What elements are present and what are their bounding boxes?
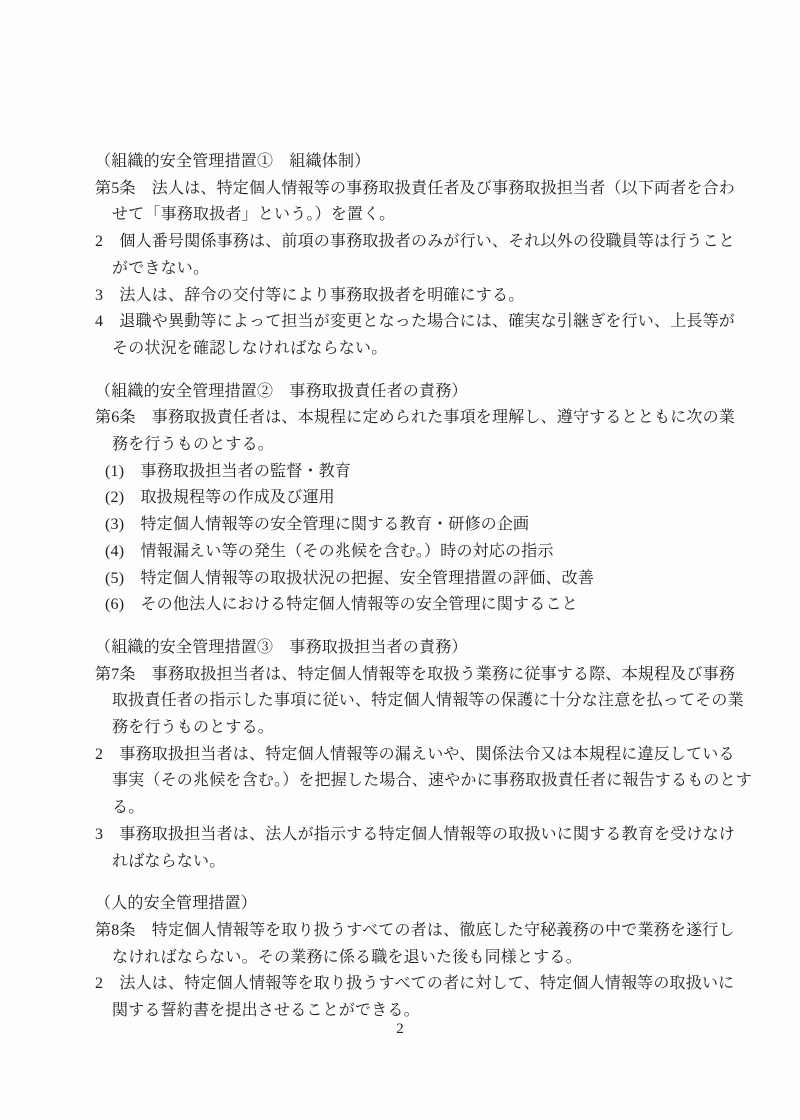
document-line: 第8条 特定個人情報等を取り扱うすべての者は、徹底した守秘義務の中で業務を遂行し xyxy=(95,918,723,945)
document-line: 3 法人は、辞令の交付等により事務取扱者を明確にする。 xyxy=(95,283,723,310)
document-line: ればならない。 xyxy=(95,849,723,876)
document-line: (4) 情報漏えい等の発生（その兆候を含む。）時の対応の指示 xyxy=(95,539,723,566)
document-line: せて「事務取扱者」という。）を置く。 xyxy=(95,202,723,229)
section-heading: （人的安全管理措置） xyxy=(95,891,723,918)
document-line: (2) 取扱規程等の作成及び運用 xyxy=(95,485,723,512)
section: （組織的安全管理措置② 事務取扱責任者の責務）第6条 事務取扱責任者は、本規程に… xyxy=(95,379,723,619)
document-line: 2 個人番号関係事務は、前項の事務取扱者のみが行い、それ以外の役職員等は行うこと xyxy=(95,229,723,256)
document-line: 第7条 事務取扱担当者は、特定個人情報等を取扱う業務に従事する際、本規程及び事務 xyxy=(95,662,723,689)
section: （組織的安全管理措置① 組織体制）第5条 法人は、特定個人情報等の事務取扱責任者… xyxy=(95,149,723,363)
document-line: 3 事務取扱担当者は、法人が指示する特定個人情報等の取扱いに関する教育を受けなけ xyxy=(95,822,723,849)
section: （人的安全管理措置）第8条 特定個人情報等を取り扱うすべての者は、徹底した守秘義… xyxy=(95,891,723,1025)
document-line: ができない。 xyxy=(95,256,723,283)
document-line: 2 法人は、特定個人情報等を取り扱うすべての者に対して、特定個人情報等の取扱いに xyxy=(95,971,723,998)
document-line: る。 xyxy=(95,795,723,822)
document-line: 第5条 法人は、特定個人情報等の事務取扱責任者及び事務取扱担当者（以下両者を合わ xyxy=(95,176,723,203)
document-line: なければならない。その業務に係る職を退いた後も同様とする。 xyxy=(95,945,723,972)
page-number: 2 xyxy=(0,1021,800,1038)
document-line: その状況を確認しなければならない。 xyxy=(95,336,723,363)
document-line: 取扱責任者の指示した事項に従い、特定個人情報等の保護に十分な注意を払ってその業 xyxy=(95,688,723,715)
document-page: （組織的安全管理措置① 組織体制）第5条 法人は、特定個人情報等の事務取扱責任者… xyxy=(0,0,800,1120)
section-heading: （組織的安全管理措置① 組織体制） xyxy=(95,149,723,176)
document-body: （組織的安全管理措置① 組織体制）第5条 法人は、特定個人情報等の事務取扱責任者… xyxy=(95,149,723,1025)
document-line: 務を行うものとする。 xyxy=(95,432,723,459)
document-line: (3) 特定個人情報等の安全管理に関する教育・研修の企画 xyxy=(95,512,723,539)
document-line: (6) その他法人における特定個人情報等の安全管理に関すること xyxy=(95,592,723,619)
document-line: (5) 特定個人情報等の取扱状況の把握、安全管理措置の評価、改善 xyxy=(95,566,723,593)
document-line: 務を行うものとする。 xyxy=(95,715,723,742)
document-line: (1) 事務取扱担当者の監督・教育 xyxy=(95,459,723,486)
section-heading: （組織的安全管理措置③ 事務取扱担当者の責務） xyxy=(95,635,723,662)
document-line: 2 事務取扱担当者は、特定個人情報等の漏えいや、関係法令又は本規程に違反している xyxy=(95,742,723,769)
document-line: 事実（その兆候を含む。）を把握した場合、速やかに事務取扱責任者に報告するものとす xyxy=(95,768,723,795)
document-line: 第6条 事務取扱責任者は、本規程に定められた事項を理解し、遵守するとともに次の業 xyxy=(95,405,723,432)
section: （組織的安全管理措置③ 事務取扱担当者の責務）第7条 事務取扱担当者は、特定個人… xyxy=(95,635,723,875)
document-line: 4 退職や異動等によって担当が変更となった場合には、確実な引継ぎを行い、上長等が xyxy=(95,309,723,336)
section-heading: （組織的安全管理措置② 事務取扱責任者の責務） xyxy=(95,379,723,406)
